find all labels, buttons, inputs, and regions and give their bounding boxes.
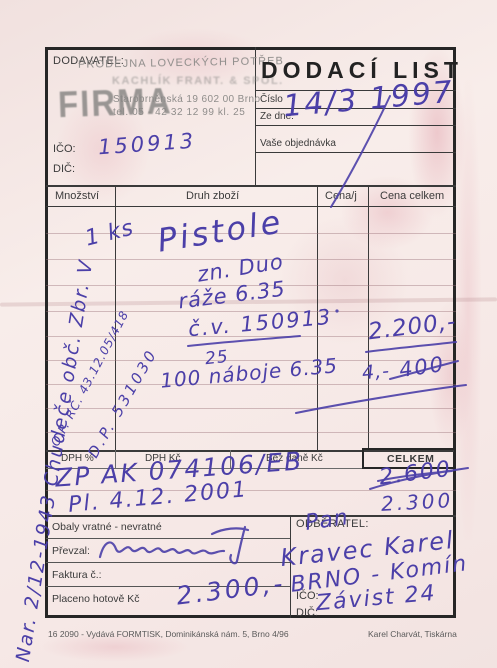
objednavka-label: Vaše objednávka: [260, 138, 336, 149]
divider: [368, 185, 369, 450]
prevzal-label: Převzal:: [52, 545, 90, 557]
print-footer-right: Karel Charvát, Tiskárna: [368, 629, 457, 639]
col-header-druh-zbozi: Druh zboží: [186, 190, 239, 202]
paper-smudge: [455, 80, 481, 540]
firma-stamp-logo: FIRMA: [57, 80, 173, 127]
col-header-cena-celkem: Cena celkem: [380, 190, 444, 202]
item2-unit-price: 4,-: [361, 360, 391, 384]
col-header-cena-j: Cena/j: [325, 190, 357, 202]
customer-dic-label: DIČ:: [296, 607, 318, 619]
celkem-value: 2.300: [380, 488, 453, 516]
divider: [255, 152, 456, 153]
faktura-label: Faktura č.:: [52, 569, 102, 581]
divider: [46, 562, 290, 563]
cislo-label: Číslo: [260, 94, 283, 105]
scanned-delivery-note: DODAVATEL: PRODEJNA LOVECKÝCH POTŘEB KAC…: [0, 0, 497, 668]
divider: [255, 125, 456, 126]
supplier-dic-label: DIČ:: [53, 163, 75, 175]
obaly-label: Obaly vratné - nevratné: [52, 521, 162, 533]
divider: [46, 538, 290, 539]
placeno-label: Placeno hotově Kč: [52, 593, 140, 605]
col-header-mnozstvi: Množství: [55, 190, 99, 202]
print-footer-left: 16 2090 - Vydává FORMTISK, Dominikánská …: [48, 629, 289, 639]
divider: [46, 515, 456, 517]
supplier-ico-label: IČO:: [53, 143, 76, 155]
divider: [46, 185, 456, 187]
